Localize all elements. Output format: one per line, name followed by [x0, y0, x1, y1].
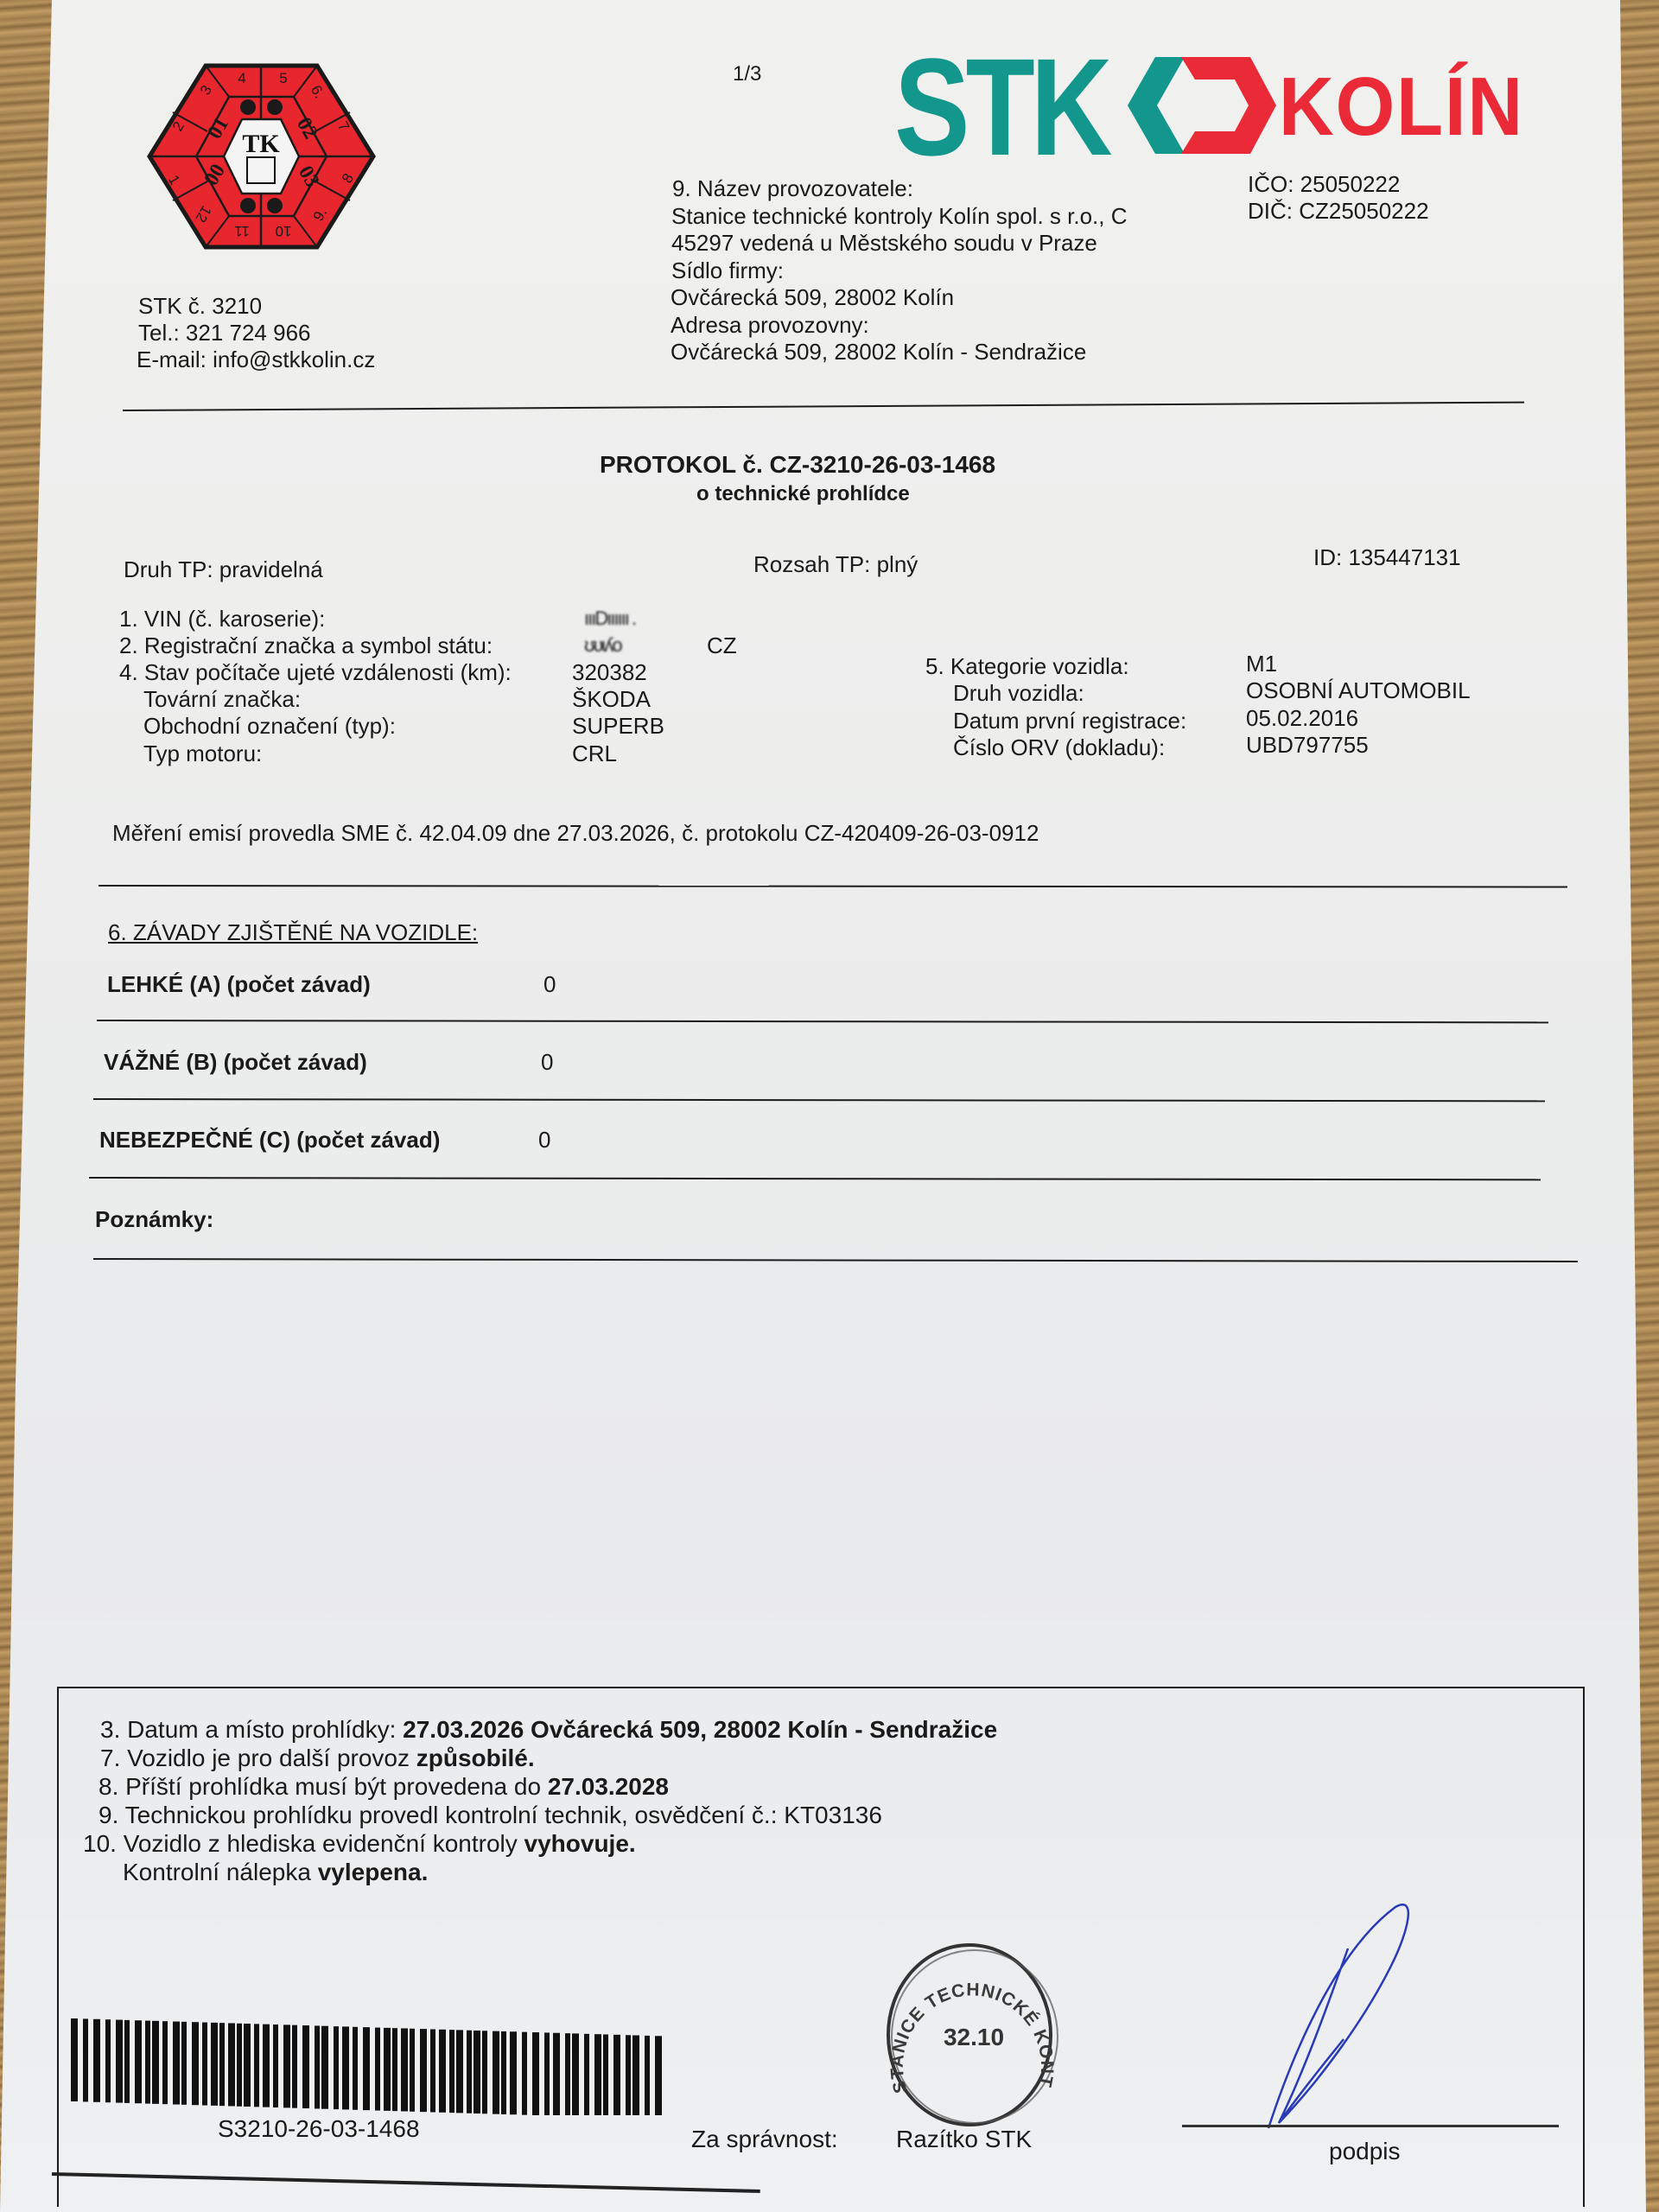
result-line: Kontrolní nálepka vylepena.	[123, 1858, 428, 1886]
vehicle-field-value: CRL	[572, 740, 617, 767]
emissions-divider	[99, 885, 1567, 887]
seat-label: Sídlo firmy:	[671, 257, 784, 284]
facility-address: Ovčárecká 509, 28002 Kolín - Sendražice	[671, 338, 1086, 365]
defect-row-divider	[97, 1020, 1548, 1023]
defect-category-label: VÁŽNÉ (B) (počet závad)	[104, 1048, 367, 1076]
result-line: 7. Vozidlo je pro další provoz způsobilé…	[100, 1744, 535, 1772]
inspection-type: Druh TP: pravidelná	[124, 556, 323, 583]
protocol-title: PROTOKOL č. CZ-3210-26-03-1468	[600, 451, 995, 479]
vehicle-field-label: 4. Stav počítače ujeté vzdálenosti (km):	[119, 658, 512, 686]
vehicle-field-value: M1	[1246, 650, 1277, 677]
seat-address: Ovčárecká 509, 28002 Kolín	[671, 283, 954, 311]
protocol-id: ID: 135447131	[1313, 543, 1461, 571]
signature-line	[1182, 2125, 1559, 2127]
logo-stk-text: STK	[894, 38, 1109, 176]
correctness-label: Za správnost:	[691, 2126, 838, 2153]
protocol-subtitle: o technické prohlídce	[696, 482, 910, 506]
result-line: 8. Příští prohlídka musí být provedena d…	[99, 1772, 669, 1801]
operator-name-line1: Stanice technické kontroly Kolín spol. s…	[671, 202, 1127, 230]
logo-hexagon-mark-icon	[1121, 57, 1276, 154]
vehicle-field-label: 2. Registrační značka a symbol státu:	[119, 632, 493, 659]
protocol-barcode-icon	[71, 2018, 667, 2115]
svg-text:32.10: 32.10	[944, 2024, 1004, 2050]
station-phone: Tel.: 321 724 966	[138, 319, 311, 346]
defect-category-label: LEHKÉ (A) (počet závad)	[107, 970, 371, 998]
result-line: 10. Vozidlo z hlediska evidenční kontrol…	[83, 1829, 636, 1858]
svg-text:10: 10	[276, 223, 292, 239]
vehicle-field-value: 320382	[572, 658, 647, 686]
state-symbol: CZ	[707, 632, 737, 659]
inspection-sticker-hexagon-icon: 123456.789.101112 00010203 TK	[147, 62, 376, 251]
notes-divider	[93, 1258, 1578, 1262]
signature-label: podpis	[1329, 2138, 1401, 2165]
stk-stamp-icon: STANICE TECHNICKÉ KONTROLY 32.10	[873, 1940, 1071, 2130]
vehicle-field-value: ŠKODA	[572, 685, 651, 713]
inspection-protocol-page: 1/3 123456.789.101112 00010203 TK STK KO…	[0, 0, 1659, 2212]
vehicle-field-value: OSOBNÍ AUTOMOBIL	[1246, 677, 1471, 704]
vehicle-field-value: 05.02.2016	[1246, 704, 1358, 732]
defect-count: 0	[538, 1126, 550, 1154]
result-line: 9. Technickou prohlídku provedl kontroln…	[99, 1801, 882, 1829]
vehicle-field-value: ıııDıııııı .	[584, 605, 635, 632]
defect-row-divider	[93, 1098, 1545, 1102]
barcode-text: S3210-26-03-1468	[218, 2115, 420, 2143]
vehicle-field-label: Druh vozidla:	[953, 679, 1084, 707]
defect-row-divider	[89, 1177, 1541, 1180]
emissions-measurement: Měření emisí provedla SME č. 42.04.09 dn…	[112, 819, 1039, 847]
vehicle-field-value: ʊʋɩʎo	[584, 632, 621, 659]
defect-count: 0	[541, 1048, 553, 1076]
station-number: STK č. 3210	[138, 292, 262, 320]
svg-text:5: 5	[279, 70, 287, 86]
stk-kolin-logo: STK KOLÍN	[894, 54, 1551, 157]
result-line: 3. Datum a místo prohlídky: 27.03.2026 O…	[100, 1715, 997, 1744]
svg-text:STANICE TECHNICKÉ KONTROLY: STANICE TECHNICKÉ KONTROLY	[873, 1940, 1057, 2095]
defects-heading: 6. ZÁVADY ZJIŠTĚNÉ NA VOZIDLE:	[108, 918, 478, 946]
facility-label: Adresa provozovny:	[671, 311, 869, 339]
svg-text:TK: TK	[242, 130, 280, 158]
vehicle-field-label: 5. Kategorie vozidla:	[925, 652, 1129, 680]
svg-text:11: 11	[234, 223, 250, 239]
ico-number: IČO: 25050222	[1248, 170, 1400, 198]
svg-text:4: 4	[238, 70, 245, 86]
defect-count: 0	[543, 970, 556, 998]
operator-name-line2: 45297 vedená u Městského soudu v Praze	[671, 229, 1097, 257]
vehicle-field-label: 1. VIN (č. karoserie):	[119, 605, 325, 632]
header-divider	[123, 402, 1524, 411]
vehicle-field-label: Typ motoru:	[143, 740, 262, 767]
logo-kolin-text: KOLÍN	[1279, 64, 1524, 150]
station-email: E-mail: info@stkkolin.cz	[137, 346, 375, 373]
defect-category-label: NEBEZPEČNÉ (C) (počet závad)	[99, 1126, 440, 1154]
dic-number: DIČ: CZ25050222	[1248, 197, 1429, 225]
vehicle-field-label: Datum první registrace:	[953, 707, 1186, 734]
signature-scribble-icon	[1244, 1897, 1452, 2139]
notes-label: Poznámky:	[95, 1205, 213, 1233]
vehicle-field-label: Obchodní označení (typ):	[143, 712, 396, 740]
vehicle-field-label: Tovární značka:	[143, 685, 301, 713]
operator-label: 9. Název provozovatele:	[672, 175, 913, 202]
vehicle-field-label: Číslo ORV (dokladu):	[953, 734, 1165, 761]
vehicle-field-value: UBD797755	[1246, 731, 1369, 759]
inspection-scope: Rozsah TP: plný	[753, 550, 918, 578]
vehicle-field-value: SUPERB	[572, 712, 664, 740]
page-indicator: 1/3	[733, 60, 761, 88]
